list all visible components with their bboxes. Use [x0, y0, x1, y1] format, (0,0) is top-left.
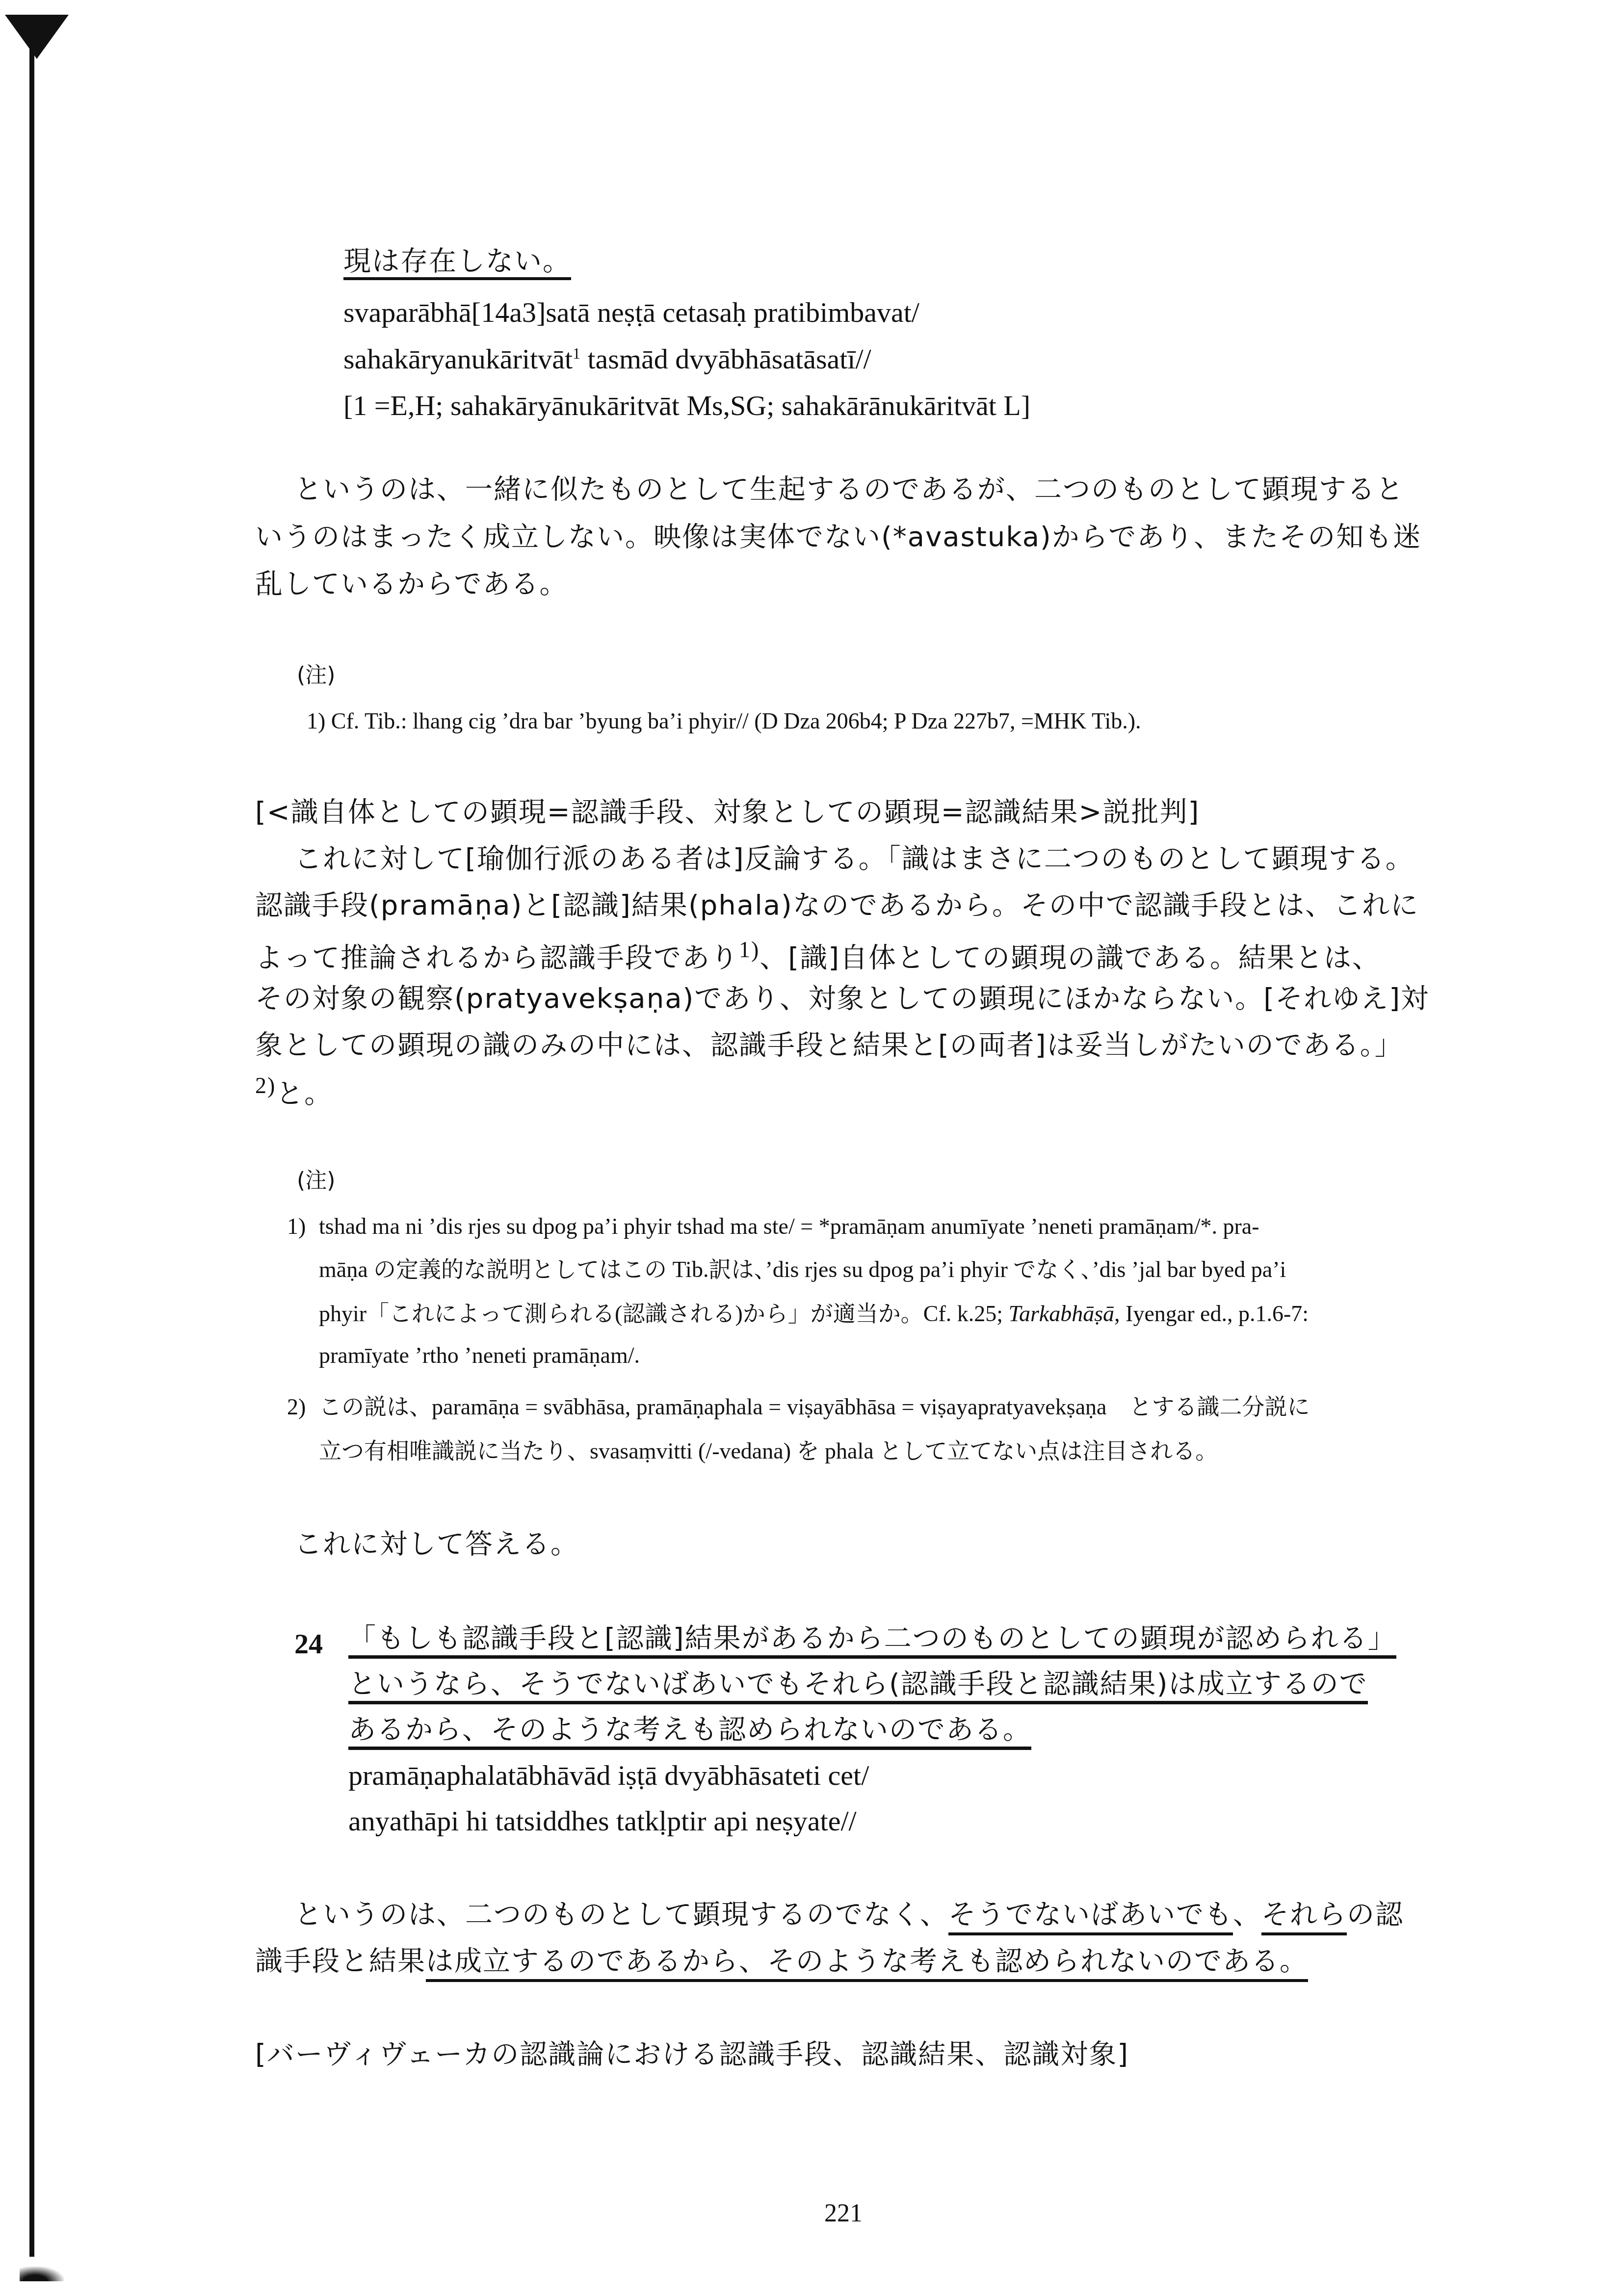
note-text: , Iyengar ed., p.1.6-7:	[1114, 1301, 1309, 1326]
note-line: pramīyate ’rtho ’neneti pramāṇam/.	[319, 1344, 640, 1367]
variant-note: [1 =E,H; sahakāryānukāritvāt Ms,SG; saha…	[343, 391, 1030, 420]
paragraph-line: これに対して答える。	[294, 1531, 579, 1558]
note-line: tshad ma ni ’dis rjes su dpog pa’i phyir…	[319, 1215, 1259, 1238]
paragraph-text: と。	[276, 1078, 333, 1110]
underlined-phrase: それら	[1261, 1899, 1347, 1935]
paragraph-text: 識手段と結果	[255, 1945, 426, 1977]
paragraph-line: 識手段と結果は成立するのであるから、そのような考えも認められないのである。	[255, 1948, 1308, 1975]
notes-label: (注)	[297, 1170, 335, 1192]
section-heading: [バーヴィヴェーカの認識論における認識手段、認識結果、認識対象]	[255, 2041, 1129, 2068]
sanskrit-line: pramāṇaphalatābhāvād iṣṭā dvyābhāsateti …	[348, 1761, 869, 1790]
note-number: 1)	[287, 1215, 306, 1238]
paragraph-line: その対象の観察(pratyavekṣaṇa)であり、対象としての顕現にほかならな…	[255, 985, 1429, 1013]
page-number: 221	[824, 2199, 863, 2228]
notes-label: (注)	[297, 665, 335, 686]
binding-edge-bottom	[20, 2267, 64, 2281]
paragraph-line: 2)と。	[255, 1074, 333, 1108]
underlined-phrase: そうでないばあいでも	[948, 1899, 1233, 1935]
paragraph-line: 乱しているからである。	[255, 571, 568, 598]
footnote-mark: 2)	[255, 1073, 276, 1098]
paragraph-text: 、	[1233, 1899, 1261, 1931]
note-line: この説は、paramāṇa = svābhāsa, pramāṇaphala =…	[319, 1396, 1310, 1418]
binding-edge-top	[5, 15, 69, 59]
paragraph-line: 認識手段(pramāṇa)と[認識]結果(phala)なのであるから。その中で認…	[255, 892, 1419, 919]
note-line: 立つ有相唯識説に当たり、svasaṃvitti (/-vedana) を pha…	[319, 1440, 1218, 1462]
paragraph-line: いうのはまったく成立しない。映像は実体でない(*avastuka)からであり、ま…	[255, 523, 1421, 551]
verse-line-underlined: というなら、そうでないばあいでもそれら(認識手段と認識結果)は成立するので	[348, 1670, 1368, 1704]
sanskrit-line: svaparābhā[14a3]satā neṣṭā cetasaḥ prati…	[343, 298, 919, 327]
sanskrit-text: tasmād dvyābhāsatāsatī//	[587, 343, 871, 375]
paragraph-text: よって推論されるから認識手段であり	[255, 942, 739, 974]
paragraph-line: というのは、二つのものとして顕現するのでなく、そうでないばあいでも、それらの認	[294, 1901, 1404, 1929]
book-title: Tarkabhāṣā	[1009, 1301, 1115, 1326]
verse-line-underlined: 「もしも認識手段と[認識]結果があるから二つのものとしての顕現が認められる」	[348, 1625, 1396, 1659]
verse-line-underlined: あるから、そのような考えも認められないのである。	[348, 1716, 1031, 1750]
verse-number: 24	[294, 1630, 323, 1658]
sanskrit-text: sahakāryanukāritvāt	[343, 343, 573, 375]
footnote-mark: 1)	[739, 937, 760, 962]
section-heading: [<識自体としての顕現=認識手段、対象としての顕現=認識結果>説批判]	[255, 799, 1200, 826]
paragraph-line: 象としての顕現の識のみの中には、認識手段と結果と[の両者]は妥当しがたいのである…	[255, 1032, 1403, 1059]
note-line: māṇa の定義的な説明としてはこの Tib.訳は、’dis rjes su d…	[319, 1258, 1286, 1281]
binding-edge-line	[29, 47, 34, 2257]
paragraph-line: よって推論されるから認識手段であり1)、[識]自体としての顕現の識である。結果と…	[255, 939, 1381, 972]
sanskrit-line: sahakāryanukāritvāt1 tasmād dvyābhāsatās…	[343, 345, 871, 373]
sanskrit-line: anyathāpi hi tatsiddhes tatkḷptir api ne…	[348, 1807, 857, 1835]
paragraph-text: 、[識]自体としての顕現の識である。結果とは、	[760, 942, 1381, 974]
note-text: phyir「これによって測られる(認識される)から」が適当か。Cf. k.25;	[319, 1301, 1003, 1326]
note-item: 1) Cf. Tib.: lhang cig ’dra bar ’byung b…	[307, 710, 1141, 732]
paragraph-text: の認	[1347, 1899, 1404, 1931]
note-line: phyir「これによって測られる(認識される)から」が適当か。Cf. k.25;…	[319, 1303, 1309, 1325]
verse-tail-underlined: 現は存在しない。	[343, 248, 571, 280]
paragraph-text: というのは、二つのものとして顕現するのでなく、	[294, 1899, 948, 1931]
paragraph-line: これに対して[瑜伽行派のある者は]反論する。「識はまさに二つのものとして顕現する…	[294, 845, 1414, 873]
footnote-mark: 1	[573, 345, 580, 362]
paragraph-line: というのは、一緒に似たものとして生起するのであるが、二つのものとして顕現すると	[294, 476, 1404, 503]
underlined-phrase: は成立するのであるから、そのような考えも認められないのである。	[426, 1945, 1308, 1982]
note-number: 2)	[287, 1396, 306, 1418]
